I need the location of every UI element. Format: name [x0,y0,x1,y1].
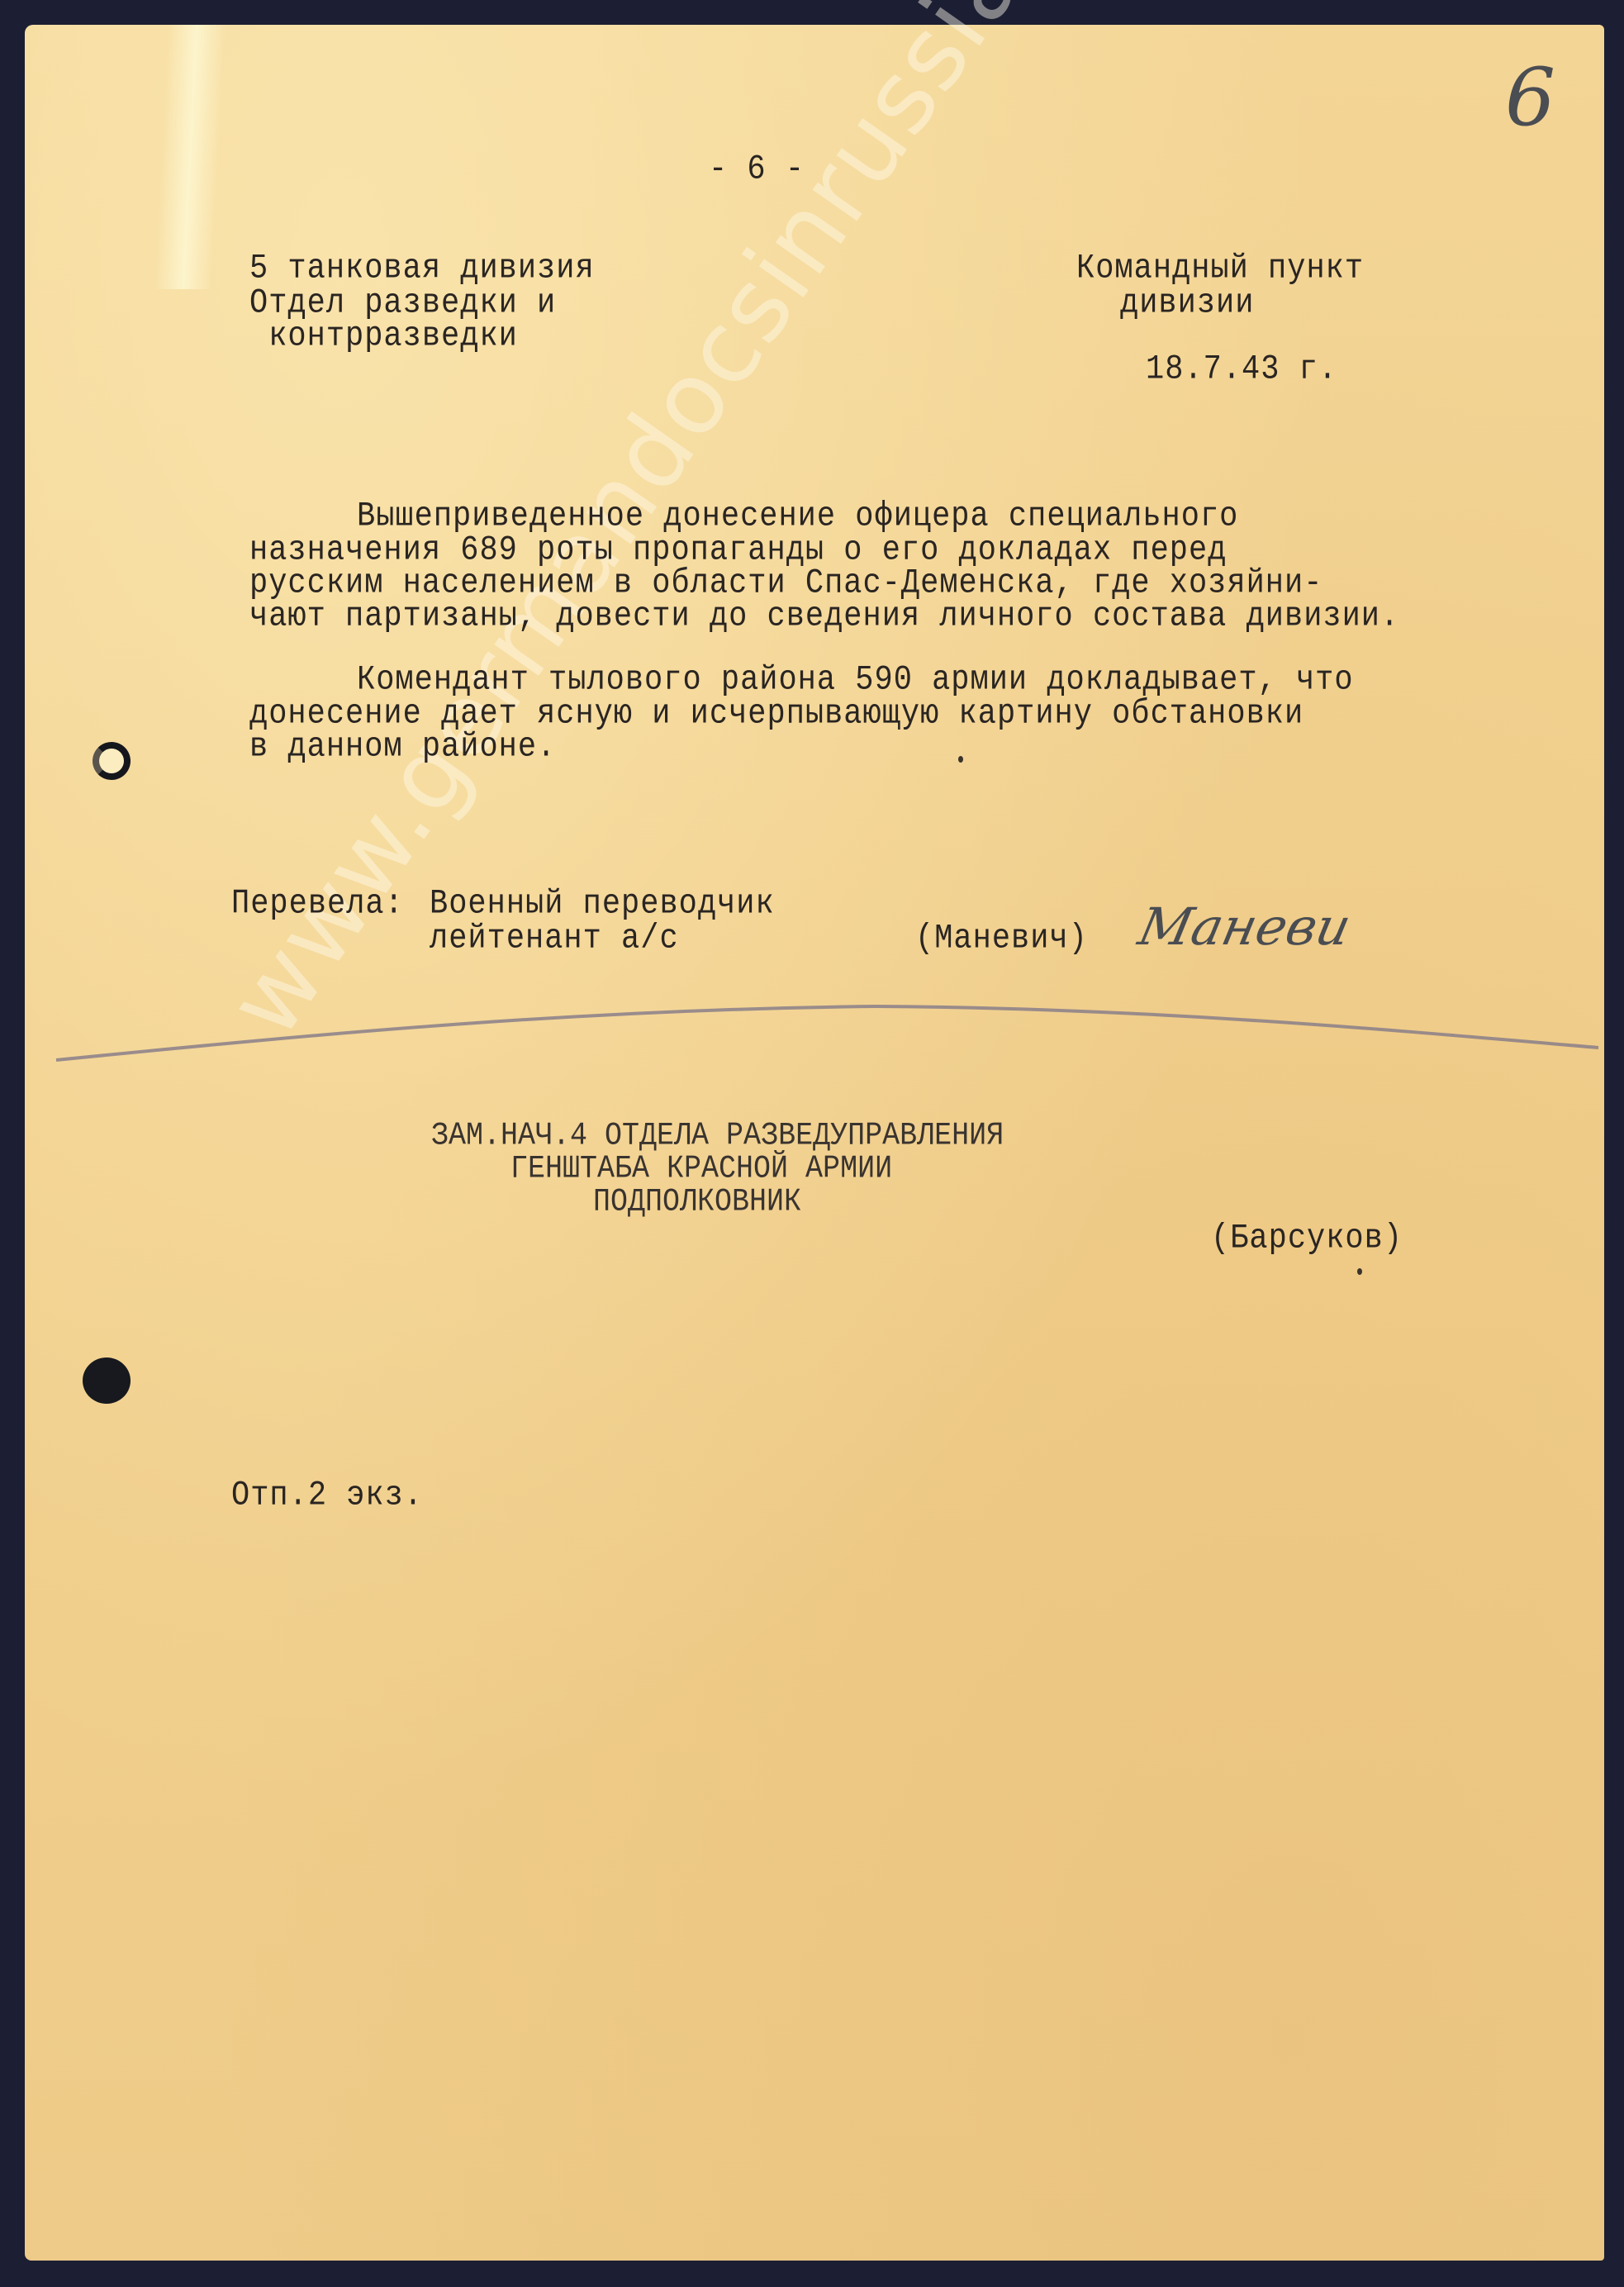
ink-speck [1357,1268,1362,1275]
pencil-divider-line [0,0,1624,1091]
approver-name: (Барсуков) [1211,1220,1403,1258]
approver-line3: ПОДПОЛКОВНИК [593,1183,801,1220]
approver-line1: ЗАМ.НАЧ.4 ОТДЕЛА РАЗВЕДУПРАВЛЕНИЯ [431,1117,1004,1154]
copies-note: Отп.2 экз. [231,1477,423,1514]
approver-line2: ГЕНШТАБА КРАСНОЙ АРМИИ [510,1150,892,1187]
punch-hole-filled [83,1357,131,1404]
